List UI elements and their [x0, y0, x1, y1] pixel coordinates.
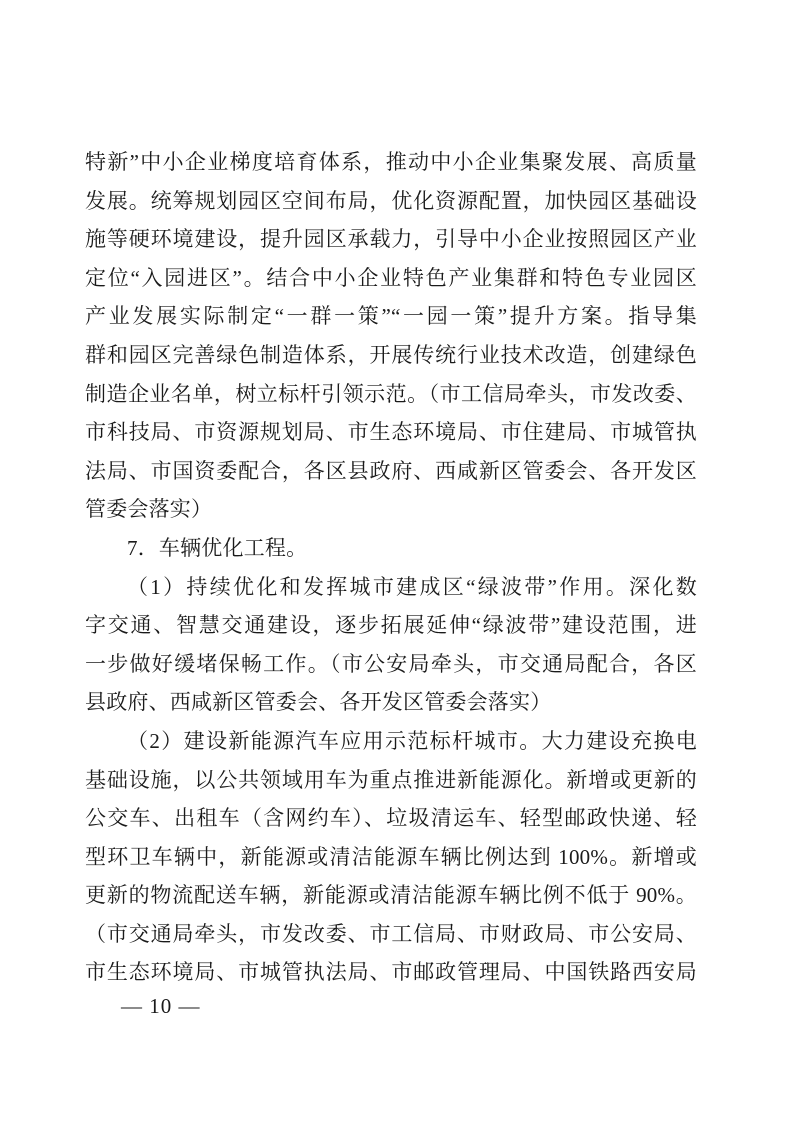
body-line: 一步做好缓堵保畅工作。（市公安局牵头，市交通局配合，各区: [85, 645, 697, 684]
body-line: 市科技局、市资源规划局、市生态环境局、市住建局、市城管执: [85, 413, 697, 452]
body-line: 定位“入园进区”。结合中小企业特色产业集群和特色专业园区: [85, 259, 697, 298]
body-line: 更新的物流配送车辆，新能源或清洁能源车辆比例不低于 90%。: [85, 876, 697, 915]
body-line: （1）持续优化和发挥城市建成区“绿波带”作用。深化数: [85, 568, 697, 607]
body-line: 施等硬环境建设，提升园区承载力，引导中小企业按照园区产业: [85, 220, 697, 259]
body-line: 发展。统筹规划园区空间布局，优化资源配置，加快园区基础设: [85, 182, 697, 221]
document-page: 特新”中小企业梯度培育体系，推动中小企业集聚发展、高质量发展。统筹规划园区空间布…: [0, 0, 794, 1123]
body-line: 7．车辆优化工程。: [85, 529, 697, 568]
body-line: 字交通、智慧交通建设，逐步拓展延伸“绿波带”建设范围，进: [85, 606, 697, 645]
body-line: 法局、市国资委配合，各区县政府、西咸新区管委会、各开发区: [85, 452, 697, 491]
body-line: 制造企业名单，树立标杆引领示范。（市工信局牵头，市发改委、: [85, 375, 697, 414]
body-line: 产业发展实际制定“一群一策”“一园一策”提升方案。指导集: [85, 297, 697, 336]
body-line: 群和园区完善绿色制造体系，开展传统行业技术改造，创建绿色: [85, 336, 697, 375]
page-number: — 10 —: [121, 992, 201, 1020]
body-line: 型环卫车辆中，新能源或清洁能源车辆比例达到 100%。新增或: [85, 838, 697, 877]
body-line: 县政府、西咸新区管委会、各开发区管委会落实）: [85, 683, 697, 722]
body-line: 特新”中小企业梯度培育体系，推动中小企业集聚发展、高质量: [85, 143, 697, 182]
body-text-block: 特新”中小企业梯度培育体系，推动中小企业集聚发展、高质量发展。统筹规划园区空间布…: [85, 143, 697, 992]
body-line: 市生态环境局、市城管执法局、市邮政管理局、中国铁路西安局: [85, 953, 697, 992]
body-line: 基础设施，以公共领域用车为重点推进新能源化。新增或更新的: [85, 761, 697, 800]
body-line: （2）建设新能源汽车应用示范标杆城市。大力建设充换电: [85, 722, 697, 761]
body-line: （市交通局牵头，市发改委、市工信局、市财政局、市公安局、: [85, 915, 697, 954]
body-line: 管委会落实）: [85, 490, 697, 529]
body-line: 公交车、出租车（含网约车）、垃圾清运车、轻型邮政快递、轻: [85, 799, 697, 838]
